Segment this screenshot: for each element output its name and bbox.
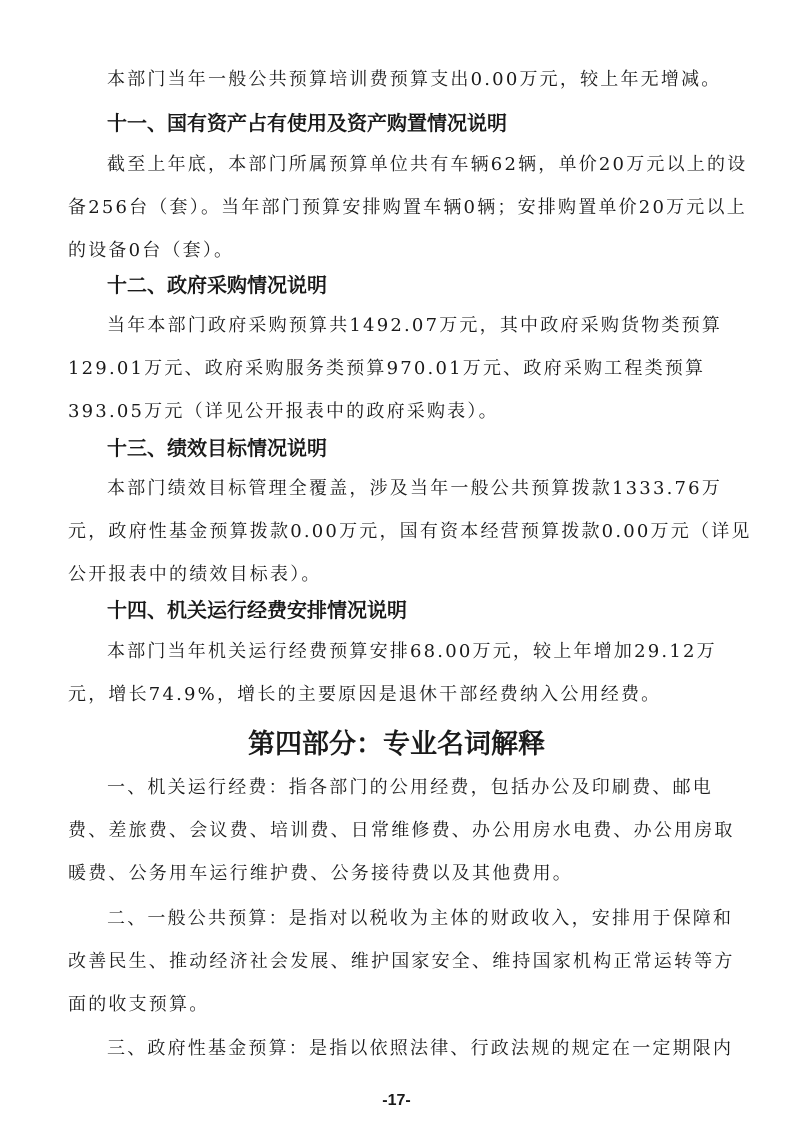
- paragraph-assets-line2: 备256台（套）。当年部门预算安排购置车辆0辆；安排购置单价20万元以上: [68, 196, 728, 220]
- definition-2-line2: 改善民生、推动经济社会发展、维护国家安全、维持国家机构正常运转等方: [68, 950, 728, 974]
- paragraph-performance-line2: 元，政府性基金预算拨款0.00万元，国有资本经营预算拨款0.00万元（详见: [68, 520, 728, 544]
- paragraph-assets-line1: 截至上年底，本部门所属预算单位共有车辆62辆，单价20万元以上的设: [107, 153, 728, 177]
- heading-procurement: 十二、政府采购情况说明: [107, 272, 327, 298]
- paragraph-performance-line3: 公开报表中的绩效目标表）。: [68, 563, 728, 587]
- page-number: -17-: [0, 1092, 793, 1110]
- paragraph-performance-line1: 本部门绩效目标管理全覆盖，涉及当年一般公共预算拨款1333.76万: [107, 477, 728, 501]
- definition-1-line3: 暖费、公务用车运行维护费、公务接待费以及其他费用。: [68, 862, 728, 886]
- definition-1-line1: 一、机关运行经费：指各部门的公用经费，包括办公及印刷费、邮电: [107, 776, 728, 800]
- paragraph-operating-line1: 本部门当年机关运行经费预算安排68.00万元，较上年增加29.12万: [107, 640, 728, 664]
- heading-state-assets: 十一、国有资产占有使用及资产购置情况说明: [107, 110, 507, 136]
- document-page: 本部门当年一般公共预算培训费预算支出0.00万元，较上年无增减。 十一、国有资产…: [0, 0, 793, 1122]
- definition-1-line2: 费、差旅费、会议费、培训费、日常维修费、办公用房水电费、办公用房取: [68, 819, 728, 843]
- heading-operating-costs: 十四、机关运行经费安排情况说明: [107, 597, 407, 623]
- definition-2-line1: 二、一般公共预算：是指对以税收为主体的财政收入，安排用于保障和: [107, 907, 728, 931]
- heading-performance: 十三、绩效目标情况说明: [107, 435, 327, 461]
- definition-3-line1: 三、政府性基金预算：是指以依照法律、行政法规的规定在一定期限内: [107, 1037, 728, 1061]
- paragraph-assets-line3: 的设备0台（套）。: [68, 239, 728, 263]
- paragraph-procurement-line1: 当年本部门政府采购预算共1492.07万元，其中政府采购货物类预算: [107, 314, 728, 338]
- part-four-title: 第四部分：专业名词解释: [0, 728, 793, 762]
- paragraph-procurement-line2: 129.01万元、政府采购服务类预算970.01万元、政府采购工程类预算: [68, 357, 728, 381]
- paragraph-training-fee: 本部门当年一般公共预算培训费预算支出0.00万元，较上年无增减。: [107, 68, 728, 92]
- definition-2-line3: 面的收支预算。: [68, 993, 728, 1017]
- paragraph-operating-line2: 元，增长74.9%，增长的主要原因是退休干部经费纳入公用经费。: [68, 683, 728, 707]
- paragraph-procurement-line3: 393.05万元（详见公开报表中的政府采购表）。: [68, 400, 728, 424]
